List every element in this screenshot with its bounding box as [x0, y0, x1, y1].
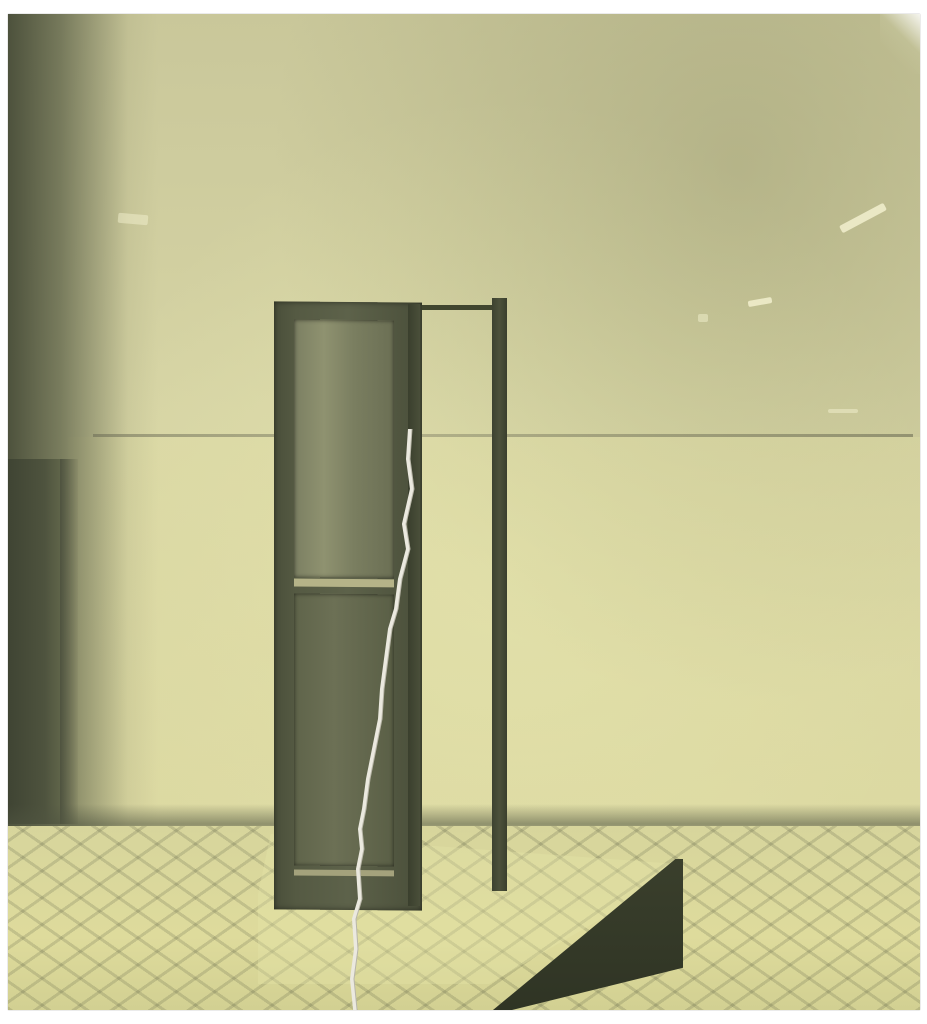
corner-wear	[880, 14, 920, 74]
scuff-mark	[698, 314, 708, 322]
door-frame-head	[416, 305, 496, 310]
scuff-mark	[748, 297, 773, 307]
photograph	[8, 14, 920, 1010]
scuff-mark	[828, 409, 858, 413]
left-wall-panel	[8, 459, 60, 824]
crack	[338, 429, 438, 1010]
left-column-edge	[60, 459, 78, 824]
scuff-mark	[839, 203, 887, 234]
door-frame-post	[492, 298, 507, 891]
